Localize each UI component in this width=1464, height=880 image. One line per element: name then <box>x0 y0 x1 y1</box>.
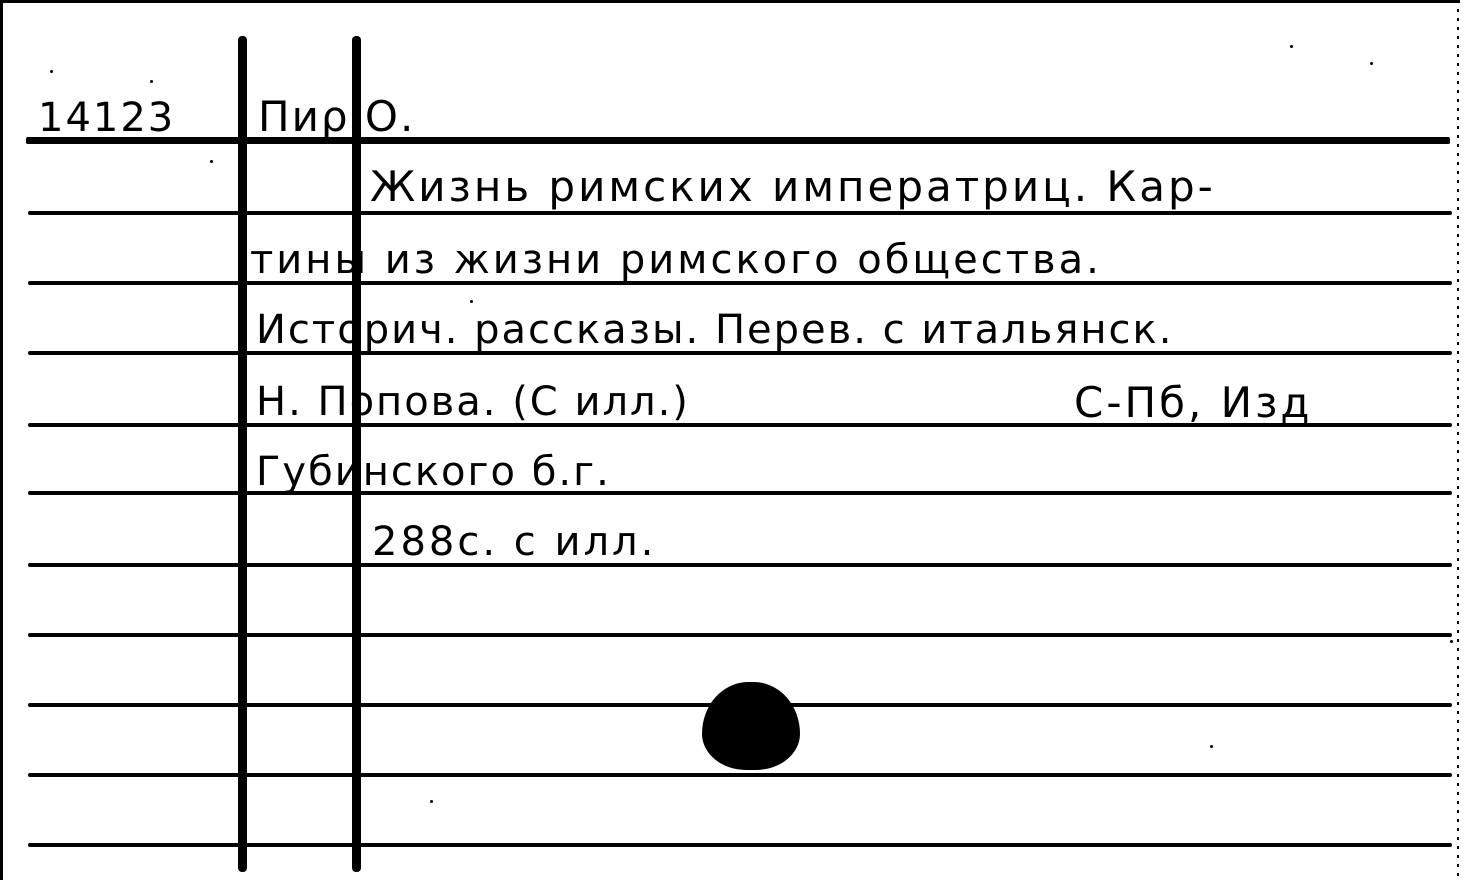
title-line-3: Историч. рассказы. Перев. с итальянск. <box>256 310 1173 350</box>
scan-speck <box>1370 62 1373 65</box>
scan-speck <box>1290 45 1293 48</box>
card-left-edge <box>0 0 3 880</box>
scan-speck <box>1210 745 1213 748</box>
imprint-place: С-Пб, Изд <box>1074 382 1312 424</box>
scan-speck <box>1450 640 1453 643</box>
ruled-line <box>28 211 1452 215</box>
ruled-line <box>28 773 1452 777</box>
author-heading: Пиρ,О. <box>258 96 415 138</box>
title-line-2: тины из жизни римского общества. <box>250 240 1102 280</box>
scan-speck <box>50 70 53 73</box>
pagination-line: 288с. с илл. <box>372 522 656 562</box>
scan-speck <box>210 160 213 163</box>
card-right-edge <box>1457 0 1459 880</box>
publisher-line: Губинского б.г. <box>256 452 611 492</box>
column-divider-left <box>238 36 247 872</box>
title-line-1: Жизнь римских императриц. Кар- <box>370 166 1216 208</box>
translator-line: Н. Попова. (С илл.) <box>256 382 690 422</box>
ruled-line <box>28 633 1452 637</box>
punched-hole <box>702 682 800 770</box>
scan-speck <box>470 300 473 303</box>
card-top-edge <box>0 0 1460 3</box>
scan-speck <box>150 80 153 83</box>
scan-speck <box>430 800 433 803</box>
ruled-line <box>28 563 1452 567</box>
catalog-card: 14123 Пиρ,О. Жизнь римских императриц. К… <box>0 0 1464 880</box>
ruled-line-heading <box>26 137 1450 144</box>
call-number: 14123 <box>38 98 175 138</box>
ruled-line <box>28 843 1452 847</box>
ruled-line <box>28 491 1452 495</box>
